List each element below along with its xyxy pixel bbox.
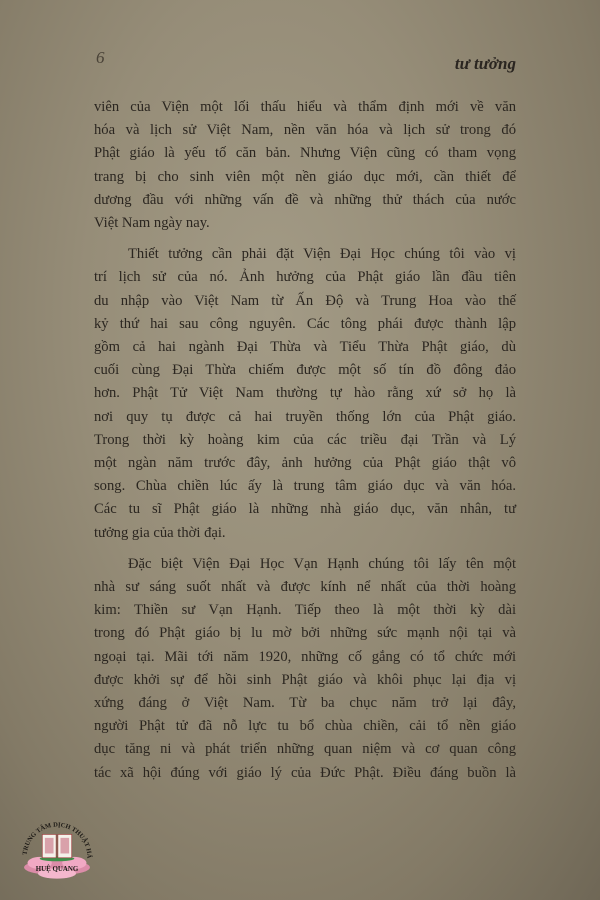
text-line: trong đó Phật giáo bị lu mờ bởi những sứ… (94, 622, 516, 645)
text-line: Trong thời kỳ hoàng kim của các triều đạ… (94, 429, 516, 452)
watermark-logo: TRUNG TÂM DỊCH THUẬT HÁN NÔM HUỆ QUANG (18, 812, 96, 888)
lotus-book-logo-icon: TRUNG TÂM DỊCH THUẬT HÁN NÔM HUỆ QUANG (18, 812, 96, 888)
text-line: một ngàn năm trước đây, ảnh hưởng của Ph… (94, 452, 516, 475)
paragraph: viên của Viện một lối thấu hiểu và thẩm … (94, 96, 516, 235)
text-line: người Phật tử đã nỗ lực tu bổ chùa chiền… (94, 715, 516, 738)
text-line: xứng đáng ở Việt Nam. Từ ba chục năm trở… (94, 692, 516, 715)
text-line: nhà sư sáng suốt nhất và được kính nể nh… (94, 576, 516, 599)
paragraph: Thiết tưởng cần phải đặt Viện Đại Học ch… (94, 243, 516, 545)
text-line: Các tu sĩ Phật giáo là những nhà giáo dụ… (94, 498, 516, 521)
text-line: Việt Nam ngày nay. (94, 212, 516, 235)
text-line: được khởi sự để hồi sinh Phật giáo và kh… (94, 669, 516, 692)
text-line: trí lịch sử của nó. Ảnh hưởng của Phật g… (94, 266, 516, 289)
text-line: Thiết tưởng cần phải đặt Viện Đại Học ch… (94, 243, 516, 266)
text-line: nơi quy tụ được cả hai truyền thống lớn … (94, 406, 516, 429)
text-line: kỷ thứ hai sau công nguyên. Các tông phá… (94, 313, 516, 336)
text-line: Phật giáo là yếu tố căn bản. Nhưng Viện … (94, 142, 516, 165)
paragraph: Đặc biệt Viện Đại Học Vạn Hạnh chúng tôi… (94, 553, 516, 785)
text-line: song. Chùa chiền lúc ấy là trung tâm giá… (94, 475, 516, 498)
logo-name: HUỆ QUANG (36, 865, 79, 873)
text-line: dương đầu với những vấn đề và những thử … (94, 189, 516, 212)
text-line: hóa và lịch sử Việt Nam, nền văn hóa và … (94, 119, 516, 142)
text-line: du nhập vào Việt Nam từ Ấn Độ và Trung H… (94, 290, 516, 313)
text-line: hơn. Phật Tử Việt Nam thường tự hào rằng… (94, 382, 516, 405)
text-line: Đặc biệt Viện Đại Học Vạn Hạnh chúng tôi… (94, 553, 516, 576)
text-line: viên của Viện một lối thấu hiểu và thẩm … (94, 96, 516, 119)
text-line: trang bị cho sinh viên một nền giáo dục … (94, 166, 516, 189)
scanned-book-page: 6 tư tưởng viên của Viện một lối thấu hi… (0, 0, 600, 900)
body-text: viên của Viện một lối thấu hiểu và thẩm … (94, 60, 516, 785)
text-line: cuối cùng Đại Thừa chiếm được một số tín… (94, 359, 516, 382)
text-line: tưởng gia của thời đại. (94, 522, 516, 545)
text-line: ngoại tại. Mãi tới năm 1920, những cố gắ… (94, 646, 516, 669)
text-line: kim: Thiền sư Vạn Hạnh. Tiếp theo là một… (94, 599, 516, 622)
text-line: tác xã hội đúng với giáo lý của Đức Phật… (94, 762, 516, 785)
text-line: gồm cả hai ngành Đại Thừa và Tiểu Thừa P… (94, 336, 516, 359)
text-line: dục tăng ni và phát triển những quan niệ… (94, 738, 516, 761)
